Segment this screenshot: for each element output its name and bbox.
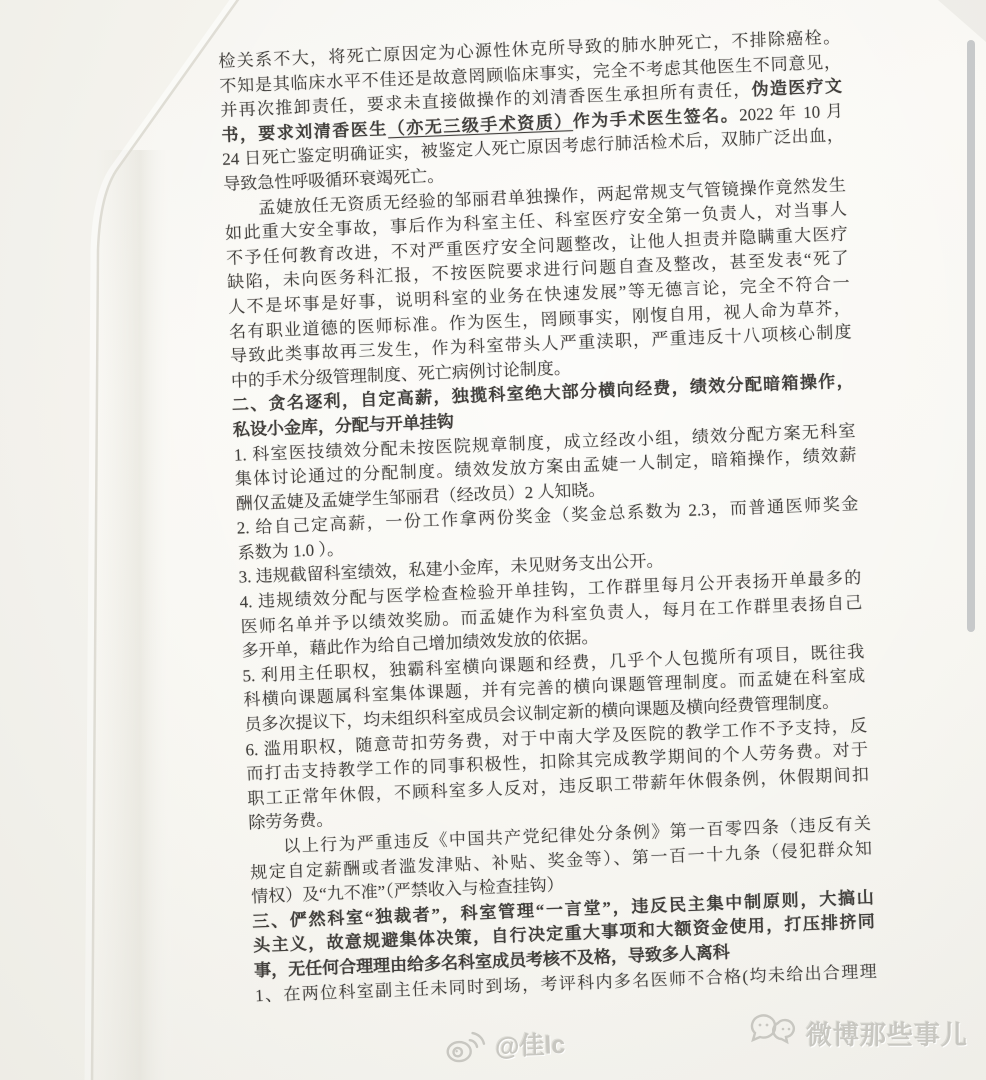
weibo-logo-icon [442,1027,487,1067]
doc-line-text: 2022 年 10 月 [739,101,843,124]
doc-line-bold-underline-text: （亦无三级手术资质） [387,112,573,138]
scrollbar-thumb[interactable] [967,40,975,632]
watermark-handle: @佳lc [494,1025,565,1063]
chat-faces-icon [750,1012,798,1054]
watermark-label: 微博那些事儿 [806,1015,968,1052]
doc-line-bold-text: 书，要求刘清香医生 [221,119,388,145]
screenshot-root: 检关系不大，将死亡原因定为心源性休克所导致的肺水肿死亡，不排除癌栓。 不知是其临… [0,0,986,1080]
watermark-right: 微博那些事儿 [750,1012,968,1054]
document-text-block: 检关系不大，将死亡原因定为心源性休克所导致的肺水肿死亡，不排除癌栓。 不知是其临… [218,26,877,1009]
watermark-left: @佳lc [442,1024,565,1066]
doc-line-bold-text: 作为手术医生签名。 [572,105,739,131]
doc-line-bold-text: 伪造医疗文 [751,77,842,100]
